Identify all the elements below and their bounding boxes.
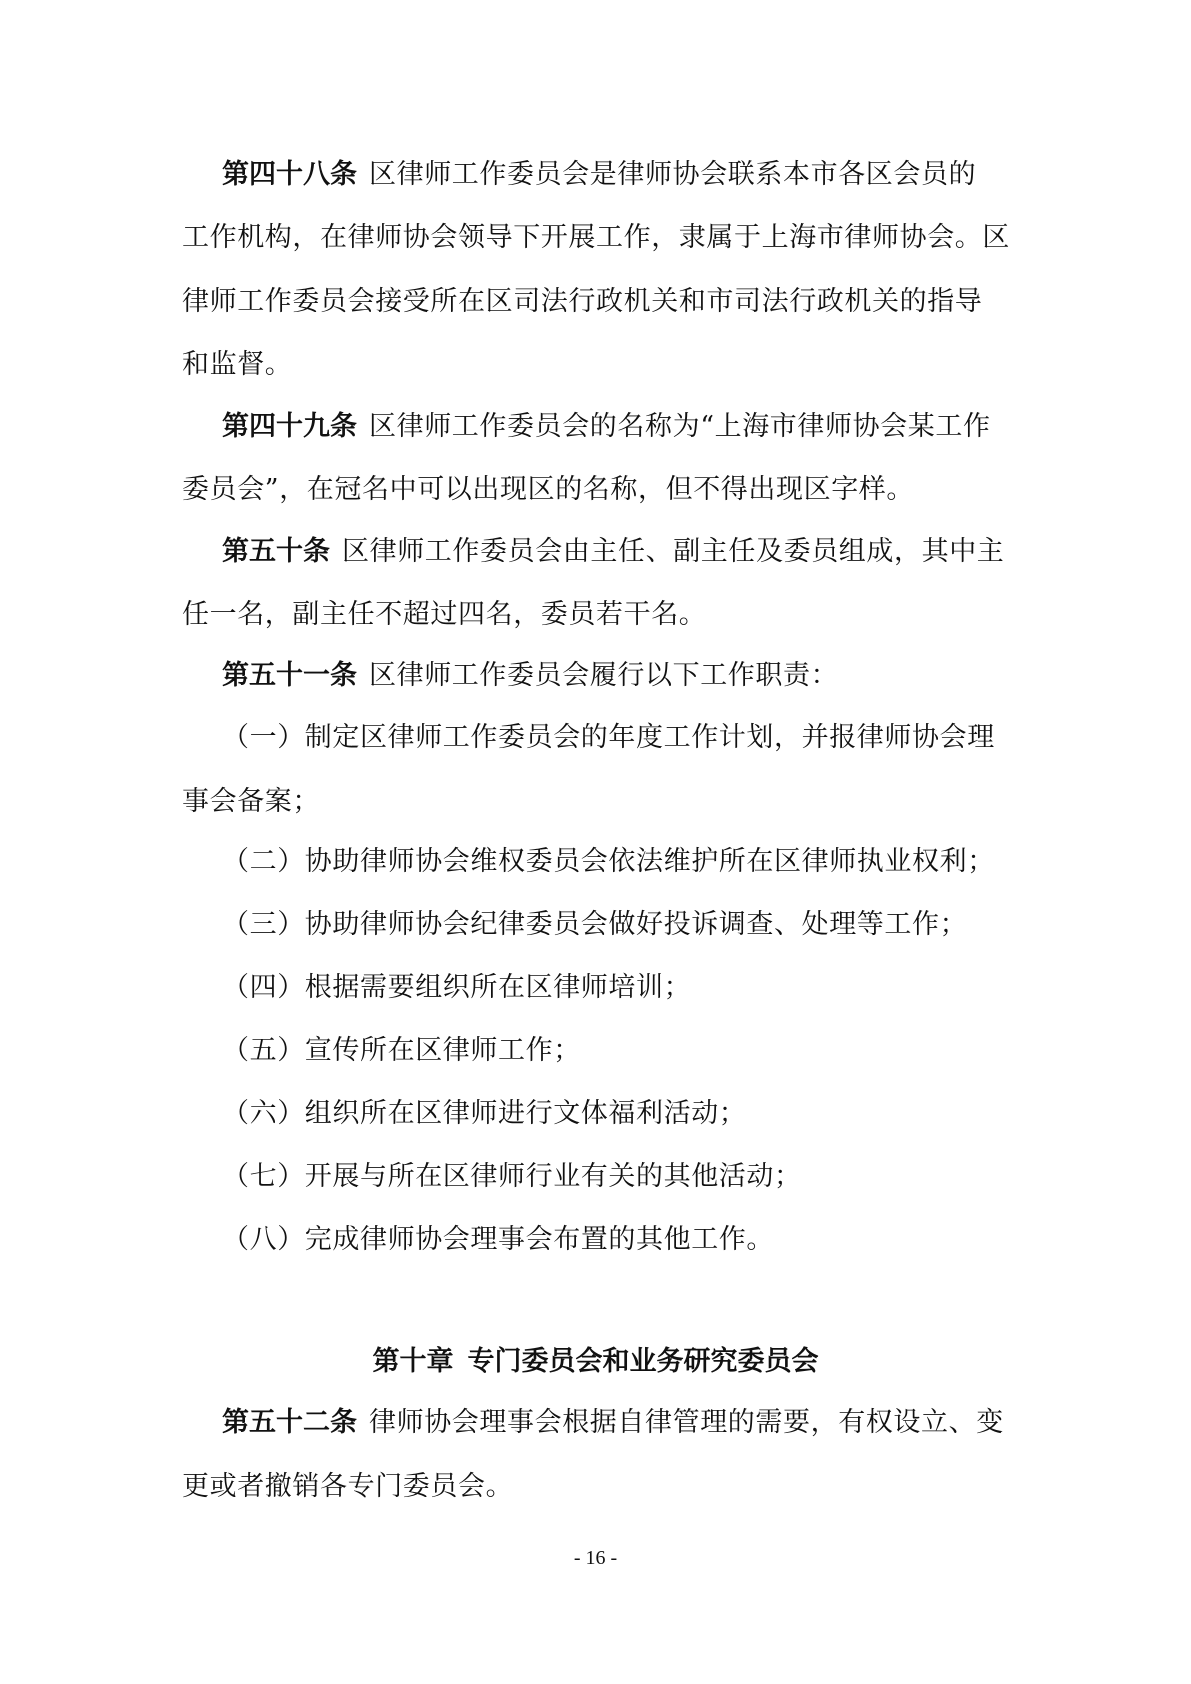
article-50-line-1: 第五十条区律师工作委员会由主任、副主任及委员组成，其中主 xyxy=(222,532,1010,572)
article-48-line-2: 工作机构，在律师协会领导下开展工作，隶属于上海市律师协会。区 xyxy=(182,218,1010,258)
list-item-5: （五）宣传所在区律师工作； xyxy=(222,1031,1010,1071)
page-number: - 16 - xyxy=(0,1546,1191,1570)
article-52-line-2: 更或者撤销各专门委员会。 xyxy=(182,1467,1010,1507)
article-51-title: 第五十一条 xyxy=(222,660,357,691)
article-52-line-1: 第五十二条律师协会理事会根据自律管理的需要，有权设立、变 xyxy=(222,1403,1010,1443)
article-48-line-4: 和监督。 xyxy=(182,345,1010,385)
article-52-title: 第五十二条 xyxy=(222,1407,357,1438)
list-item-1-line-1: （一）制定区律师工作委员会的年度工作计划，并报律师协会理 xyxy=(222,718,1010,758)
chapter-heading: 第十章专门委员会和业务研究委员会 xyxy=(0,1342,1191,1382)
list-item-6: （六）组织所在区律师进行文体福利活动； xyxy=(222,1094,1010,1134)
chapter-title: 专门委员会和业务研究委员会 xyxy=(468,1346,819,1377)
article-49-title: 第四十九条 xyxy=(222,411,357,442)
list-item-4: （四）根据需要组织所在区律师培训； xyxy=(222,968,1010,1008)
list-item-3: （三）协助律师协会纪律委员会做好投诉调查、处理等工作； xyxy=(222,905,1010,945)
list-item-8: （八）完成律师协会理事会布置的其他工作。 xyxy=(222,1220,1010,1260)
article-50-line-2: 任一名，副主任不超过四名，委员若干名。 xyxy=(182,595,1010,635)
article-51-line-1: 第五十一条区律师工作委员会履行以下工作职责： xyxy=(222,656,1010,696)
article-50-title: 第五十条 xyxy=(222,536,330,567)
article-48-line-3: 律师工作委员会接受所在区司法行政机关和市司法行政机关的指导 xyxy=(182,282,1010,322)
article-49-line-1: 第四十九条区律师工作委员会的名称为“上海市律师协会某工作 xyxy=(222,407,1010,447)
chapter-number: 第十章 xyxy=(373,1346,454,1377)
article-48-line-1: 第四十八条区律师工作委员会是律师协会联系本市各区会员的 xyxy=(222,155,1010,195)
list-item-7: （七）开展与所在区律师行业有关的其他活动； xyxy=(222,1157,1010,1197)
article-49-line-2: 委员会”，在冠名中可以出现区的名称，但不得出现区字样。 xyxy=(182,470,1010,510)
document-page: 第四十八条区律师工作委员会是律师协会联系本市各区会员的 工作机构，在律师协会领导… xyxy=(0,0,1191,1684)
article-48-title: 第四十八条 xyxy=(222,159,357,190)
list-item-2: （二）协助律师协会维权委员会依法维护所在区律师执业权利； xyxy=(222,842,1010,882)
list-item-1-line-2: 事会备案； xyxy=(182,782,1010,822)
